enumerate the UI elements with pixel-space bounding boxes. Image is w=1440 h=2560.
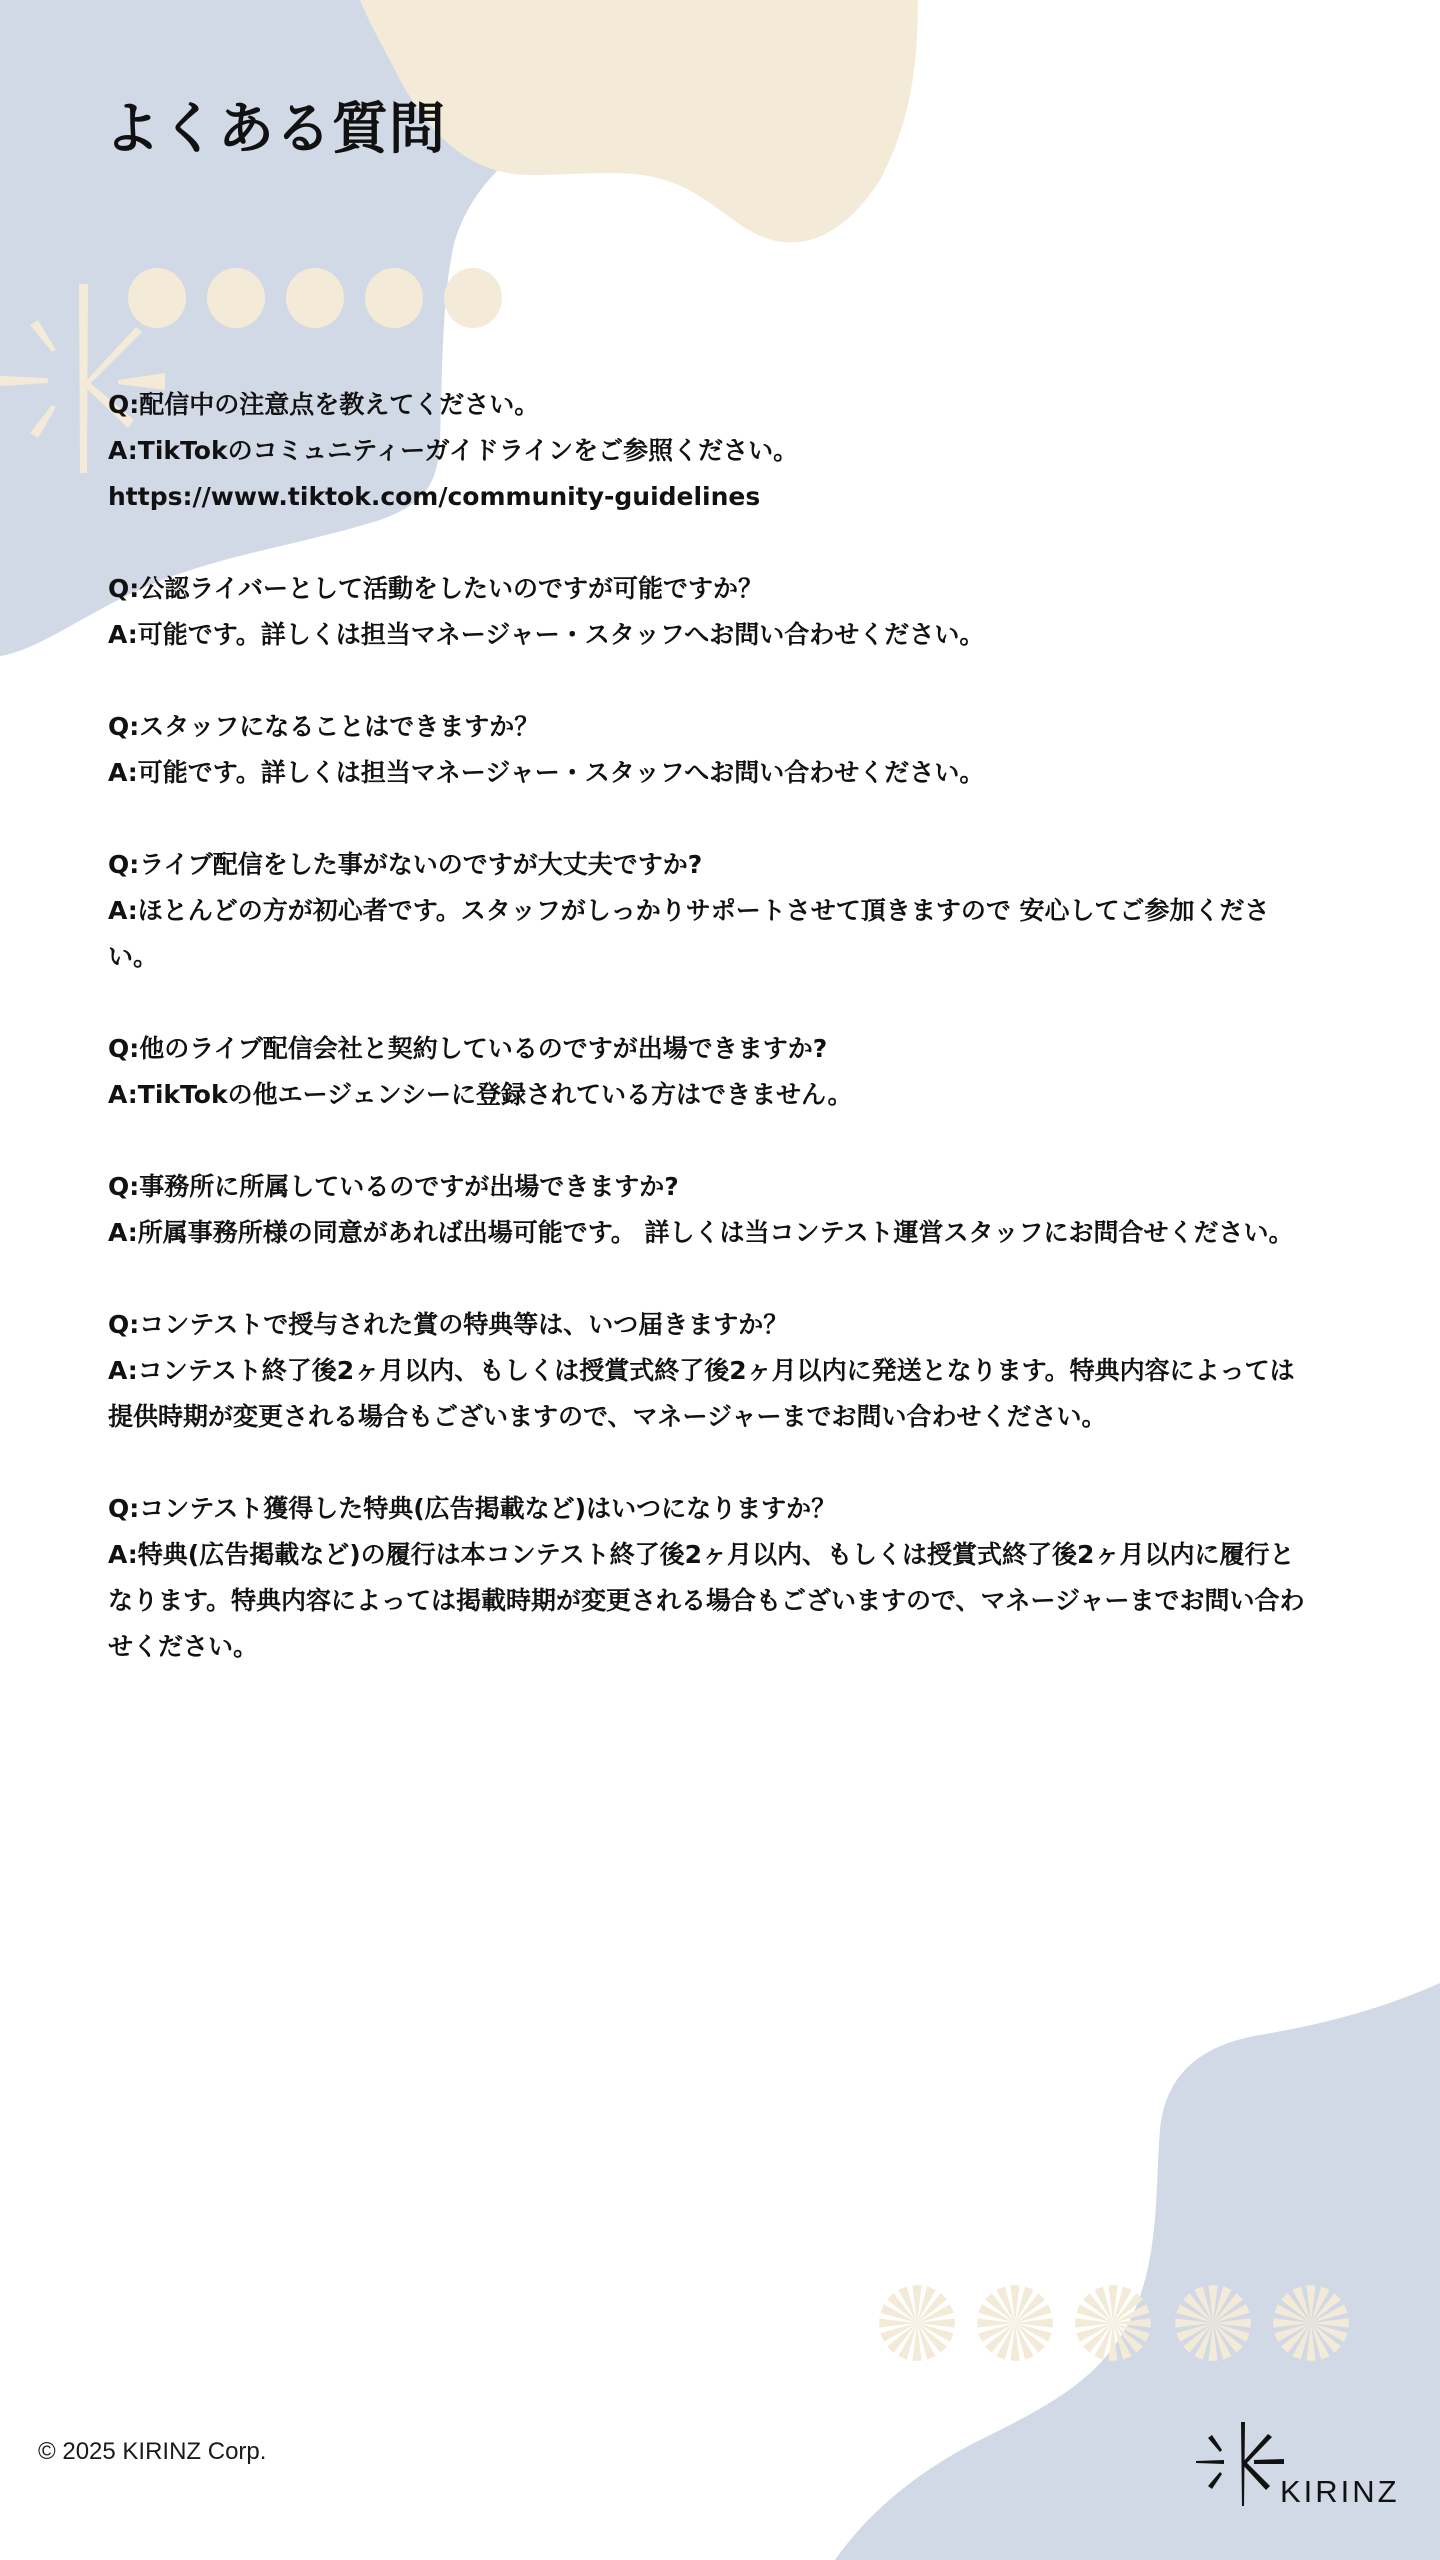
faq-item: Q:配信中の注意点を教えてください。 A:TikTokのコミュニティーガイドライ…	[108, 382, 1308, 520]
faq-answer: A:可能です。詳しくは担当マネージャー・スタッフへお問い合わせください。	[108, 750, 1308, 796]
faq-item: Q:コンテスト獲得した特典(広告掲載など)はいつになりますか？ A:特典(広告掲…	[108, 1486, 1308, 1670]
faq-answer: A:TikTokのコミュニティーガイドラインをご参照ください。	[108, 428, 1308, 474]
faq-question: Q:スタッフになることはできますか？	[108, 704, 1308, 750]
faq-answer: A:特典(広告掲載など)の履行は本コンテスト終了後2ヶ月以内、もしくは授賞式終了…	[108, 1532, 1308, 1670]
page-title: よくある質問	[104, 90, 446, 170]
faq-item: Q:スタッフになることはできますか？ A:可能です。詳しくは担当マネージャー・ス…	[108, 704, 1308, 796]
faq-item: Q:他のライブ配信会社と契約しているのですが出場できますか? A:TikTokの…	[108, 1026, 1308, 1118]
faq-question: Q:事務所に所属しているのですが出場できますか?	[108, 1164, 1308, 1210]
faq-item: Q:公認ライバーとして活動をしたいのですが可能ですか？ A:可能です。詳しくは担…	[108, 566, 1308, 658]
footer-copyright: © 2025 KIRINZ Corp.	[38, 2438, 266, 2466]
faq-list: Q:配信中の注意点を教えてください。 A:TikTokのコミュニティーガイドライ…	[108, 382, 1308, 1716]
faq-item: Q:コンテストで授与された賞の特典等は、いつ届きますか？ A:コンテスト終了後2…	[108, 1302, 1308, 1440]
faq-question: Q:他のライブ配信会社と契約しているのですが出場できますか?	[108, 1026, 1308, 1072]
faq-answer: A:所属事務所様の同意があれば出場可能です。 詳しくは当コンテスト運営スタッフに…	[108, 1210, 1308, 1256]
faq-question: Q:コンテスト獲得した特典(広告掲載など)はいつになりますか？	[108, 1486, 1308, 1532]
kirinz-sparkle-mark-icon	[1184, 2410, 1284, 2520]
faq-item: Q:事務所に所属しているのですが出場できますか? A:所属事務所様の同意があれば…	[108, 1164, 1308, 1256]
faq-item: Q:ライブ配信をした事がないのですが大丈夫ですか? A:ほとんどの方が初心者です…	[108, 842, 1308, 980]
faq-answer: A:可能です。詳しくは担当マネージャー・スタッフへお問い合わせください。	[108, 612, 1308, 658]
faq-question: Q:配信中の注意点を教えてください。	[108, 382, 1308, 428]
faq-answer: A:コンテスト終了後2ヶ月以内、もしくは授賞式終了後2ヶ月以内に発送となります。…	[108, 1348, 1308, 1440]
faq-answer: A:ほとんどの方が初心者です。スタッフがしっかりサポートさせて頂きますので 安心…	[108, 888, 1308, 980]
kirinz-logo: KIRINZ	[1184, 2410, 1414, 2520]
faq-answer: A:TikTokの他エージェンシーに登録されている方はできません。	[108, 1072, 1308, 1118]
faq-question: Q:公認ライバーとして活動をしたいのですが可能ですか？	[108, 566, 1308, 612]
community-guidelines-link[interactable]: https://www.tiktok.com/community-guideli…	[108, 474, 1308, 520]
faq-question: Q:コンテストで授与された賞の特典等は、いつ届きますか？	[108, 1302, 1308, 1348]
logo-wordmark: KIRINZ	[1280, 2474, 1400, 2510]
faq-question: Q:ライブ配信をした事がないのですが大丈夫ですか?	[108, 842, 1308, 888]
